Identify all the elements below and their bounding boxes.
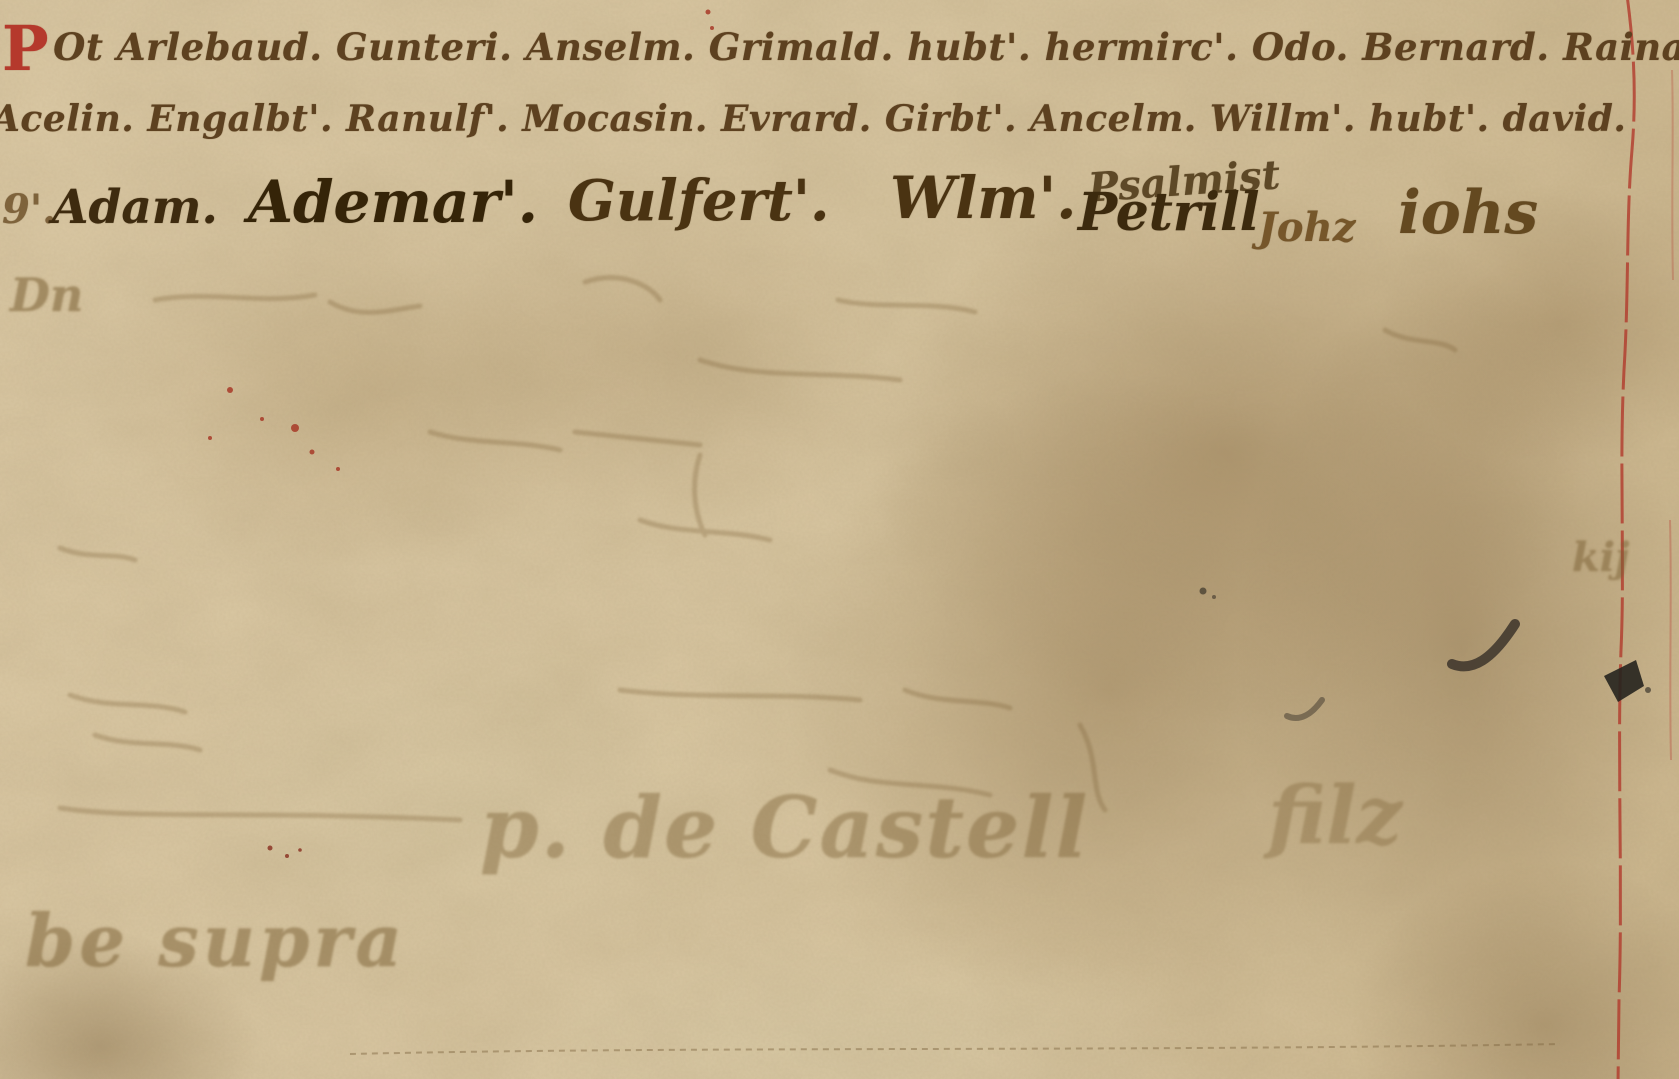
faded-margin-mark-top-left: Dn	[10, 268, 83, 322]
script-line-3-ademar: Ademar'.	[248, 168, 538, 236]
script-line-3-cut-word: 9'.	[2, 186, 56, 233]
script-line-3-gulfert: Gulfert'.	[568, 168, 830, 234]
script-line-3-adam: Adam.	[52, 180, 218, 235]
script-line-2-text: Acelin. Engalbt'. Ranulf'. Mocasin. Evra…	[0, 98, 1626, 140]
faded-margin-mark-right: kij	[1572, 534, 1629, 581]
script-line-2: Acelin. Engalbt'. Ranulf'. Mocasin. Evra…	[0, 98, 1626, 140]
script-line-3-iohs: iohs	[1398, 178, 1538, 248]
script-line-3-wlm: Wlm'.	[890, 164, 1077, 232]
rubric-initial: P	[2, 12, 49, 85]
faded-note-center: p. de Castell	[480, 778, 1089, 877]
script-line-3-underwritten-word: Petrill	[1078, 182, 1259, 243]
script-line-3-johz: Johz	[1258, 204, 1355, 251]
script-layer: POt Arlebaud. Gunteri. Anselm. Grimald. …	[0, 0, 1679, 1079]
script-line-1-text: Ot Arlebaud. Gunteri. Anselm. Grimald. h…	[53, 25, 1679, 69]
parchment-page: POt Arlebaud. Gunteri. Anselm. Grimald. …	[0, 0, 1679, 1079]
faded-note-bottom-left: be supra	[25, 898, 406, 983]
faded-note-right: filz	[1268, 768, 1402, 862]
script-line-1: POt Arlebaud. Gunteri. Anselm. Grimald. …	[2, 12, 1679, 85]
